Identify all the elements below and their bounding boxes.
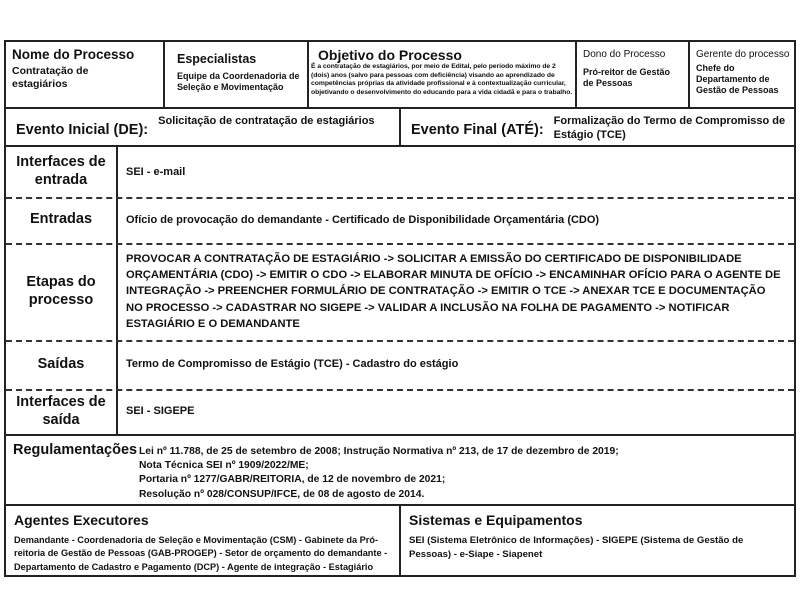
- gerente-label: Gerente do processo: [696, 49, 788, 60]
- evento-inicial-value: Solicitação de contratação de estagiário…: [158, 114, 374, 128]
- saidas-value: Termo de Compromisso de Estágio (TCE) - …: [126, 340, 784, 389]
- process-details-table: Interfaces de entrada SEI - e-mail Entra…: [4, 145, 796, 436]
- nome-do-processo-cell: Nome do Processo Contratação de estagiár…: [4, 40, 164, 109]
- entradas-label: Entradas: [6, 197, 116, 243]
- evento-final-cell: Evento Final (ATÉ): Formalização do Term…: [399, 107, 796, 147]
- regulamentacao-item: Portaria nº 1277/GABR/REITORIA, de 12 de…: [139, 473, 619, 487]
- sistemas-equipamentos-value: SEI (Sistema Eletrônico de Informações) …: [409, 534, 786, 562]
- gerente-value: Chefe do Departamento de Gestão de Pesso…: [696, 63, 788, 96]
- interfaces-entrada-label: Interfaces de entrada: [6, 147, 116, 197]
- saidas-label: Saídas: [6, 340, 116, 389]
- objetivo-value: É a contratação de estagiários, por meio…: [311, 63, 574, 98]
- regulamentacao-item: Resolução nº 028/CONSUP/IFCE, de 08 de a…: [139, 488, 619, 502]
- agentes-executores-value: Demandante - Coordenadoria de Seleção e …: [14, 534, 391, 574]
- evento-final-value: Formalização do Termo de Compromisso de …: [554, 114, 794, 143]
- especialistas-label: Especialistas: [177, 52, 302, 66]
- agentes-executores-label: Agentes Executores: [14, 512, 391, 528]
- regulamentacoes-label: Regulamentações: [13, 442, 137, 458]
- etapas-label: Etapas do processo: [6, 243, 116, 340]
- nome-do-processo-value: Contratação de estagiários: [12, 65, 122, 91]
- interfaces-saida-value: SEI - SIGEPE: [126, 389, 784, 434]
- objetivo-cell: Objetivo do Processo É a contratação de …: [307, 40, 576, 109]
- regulamentacoes-section: Regulamentações Lei nº 11.788, de 25 de …: [4, 434, 796, 506]
- interfaces-entrada-value: SEI - e-mail: [126, 147, 784, 197]
- objetivo-label: Objetivo do Processo: [311, 47, 574, 63]
- especialistas-cell: Especialistas Equipe da Coordenadoria de…: [163, 40, 308, 109]
- nome-do-processo-label: Nome do Processo: [12, 47, 158, 62]
- regulamentacao-item: Lei nº 11.788, de 25 de setembro de 2008…: [139, 445, 619, 459]
- evento-inicial-label: Evento Inicial (DE):: [16, 122, 148, 138]
- evento-final-label: Evento Final (ATÉ):: [411, 122, 544, 138]
- interfaces-saida-label: Interfaces de saída: [6, 389, 116, 434]
- sistemas-equipamentos-label: Sistemas e Equipamentos: [409, 512, 786, 528]
- dono-label: Dono do Processo: [583, 49, 683, 60]
- etapas-value: PROVOCAR A CONTRATAÇÃO DE ESTAGIÁRIO -> …: [126, 243, 784, 340]
- entradas-value: Ofício de provocação do demandante - Cer…: [126, 197, 784, 243]
- regulamentacoes-list: Lei nº 11.788, de 25 de setembro de 2008…: [139, 445, 619, 502]
- gerente-cell: Gerente do processo Chefe do Departament…: [688, 40, 796, 109]
- especialistas-value: Equipe da Coordenadoria de Seleção e Mov…: [177, 71, 302, 93]
- evento-inicial-cell: Evento Inicial (DE): Solicitação de cont…: [4, 107, 401, 147]
- agentes-executores-section: Agentes Executores Demandante - Coordena…: [4, 504, 401, 577]
- dono-cell: Dono do Processo Pró-reitor de Gestão de…: [575, 40, 689, 109]
- sistemas-equipamentos-section: Sistemas e Equipamentos SEI (Sistema Ele…: [399, 504, 796, 577]
- regulamentacao-item: Nota Técnica SEI nº 1909/2022/ME;: [139, 459, 619, 473]
- dono-value: Pró-reitor de Gestão de Pessoas: [583, 67, 683, 89]
